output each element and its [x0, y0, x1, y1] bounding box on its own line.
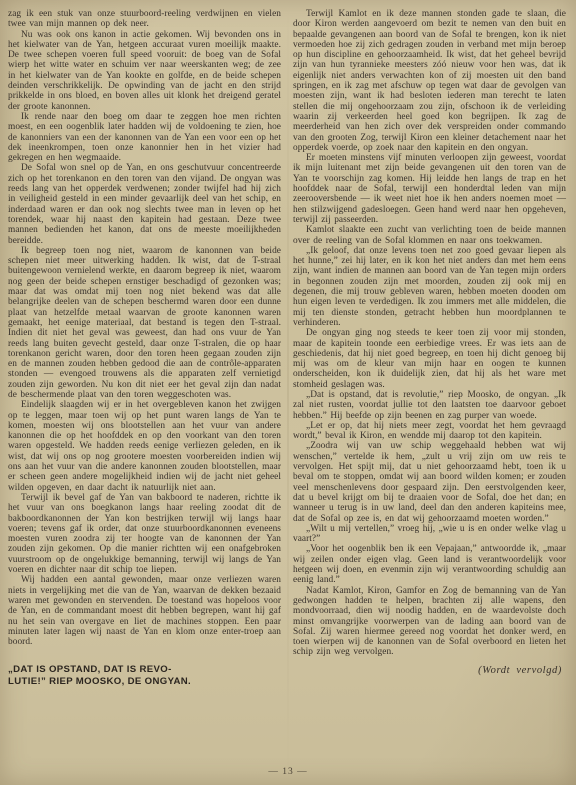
magazine-page: zag ik een stuk van onze stuurboord-reel…	[0, 0, 576, 785]
paragraph: Nu was ook ons kanon in actie gekomen. W…	[8, 30, 281, 112]
paragraph: Er moeten minstens vijf minuten verloope…	[293, 153, 566, 225]
paragraph: „Wilt u mij vertellen,” vroeg hij, „wie …	[293, 524, 566, 545]
paragraph: Ik rende naar den boeg om daar te zeggen…	[8, 112, 281, 163]
paragraph: „Ik geloof, dat onze levens toen net zoo…	[293, 246, 566, 328]
paragraph: Terwijl ik bevel gaf de Yan van bakboord…	[8, 493, 281, 575]
left-column-text: zag ik een stuk van onze stuurboord-reel…	[8, 9, 281, 647]
pull-quote-line-1: „DAT IS OPSTAND, DAT IS REVO-	[8, 664, 223, 676]
right-column-text: Terwijl Kamlot en ik deze mannen stonden…	[293, 9, 566, 658]
left-column: zag ik een stuk van onze stuurboord-reel…	[8, 9, 281, 688]
pull-quote-line-2: LUTIE!” RIEP MOOSKO, DE ONGYAN.	[8, 676, 223, 688]
pull-quote: „DAT IS OPSTAND, DAT IS REVO- LUTIE!” RI…	[8, 664, 223, 688]
text-columns: zag ik een stuk van onze stuurboord-reel…	[0, 0, 576, 688]
paragraph: Nadat Kamlot, Kiron, Gamfor en Zog de be…	[293, 586, 566, 658]
paragraph: „Voor het oogenblik ben ik een Vepajaan,…	[293, 544, 566, 585]
paragraph: Kamlot slaakte een zucht van verlichting…	[293, 225, 566, 246]
paragraph: Terwijl Kamlot en ik deze mannen stonden…	[293, 9, 566, 153]
paragraph: „Let er op, dat hij niets meer zegt, voo…	[293, 421, 566, 442]
paragraph: Ik begreep toen nog niet, waarom de kano…	[8, 246, 281, 400]
paragraph: „Zoodra wij van uw schip weggehaald hebb…	[293, 441, 566, 523]
paragraph: Eindelijk slaagden wij er in het overgeb…	[8, 400, 281, 493]
paragraph: De ongyan ging nog steeds te keer toen z…	[293, 328, 566, 390]
paragraph: Wij hadden een aantal gewonden, maar onz…	[8, 575, 281, 647]
continuation-note: (Wordt vervolgd)	[293, 666, 566, 676]
right-column: Terwijl Kamlot en ik deze mannen stonden…	[293, 9, 566, 688]
page-number: — 13 —	[0, 767, 576, 777]
paragraph: zag ik een stuk van onze stuurboord-reel…	[8, 9, 281, 30]
paragraph: „Dat is opstand, dat is revolutie,” riep…	[293, 390, 566, 421]
paragraph: De Sofal won snel op de Yan, en ons gesc…	[8, 163, 281, 245]
